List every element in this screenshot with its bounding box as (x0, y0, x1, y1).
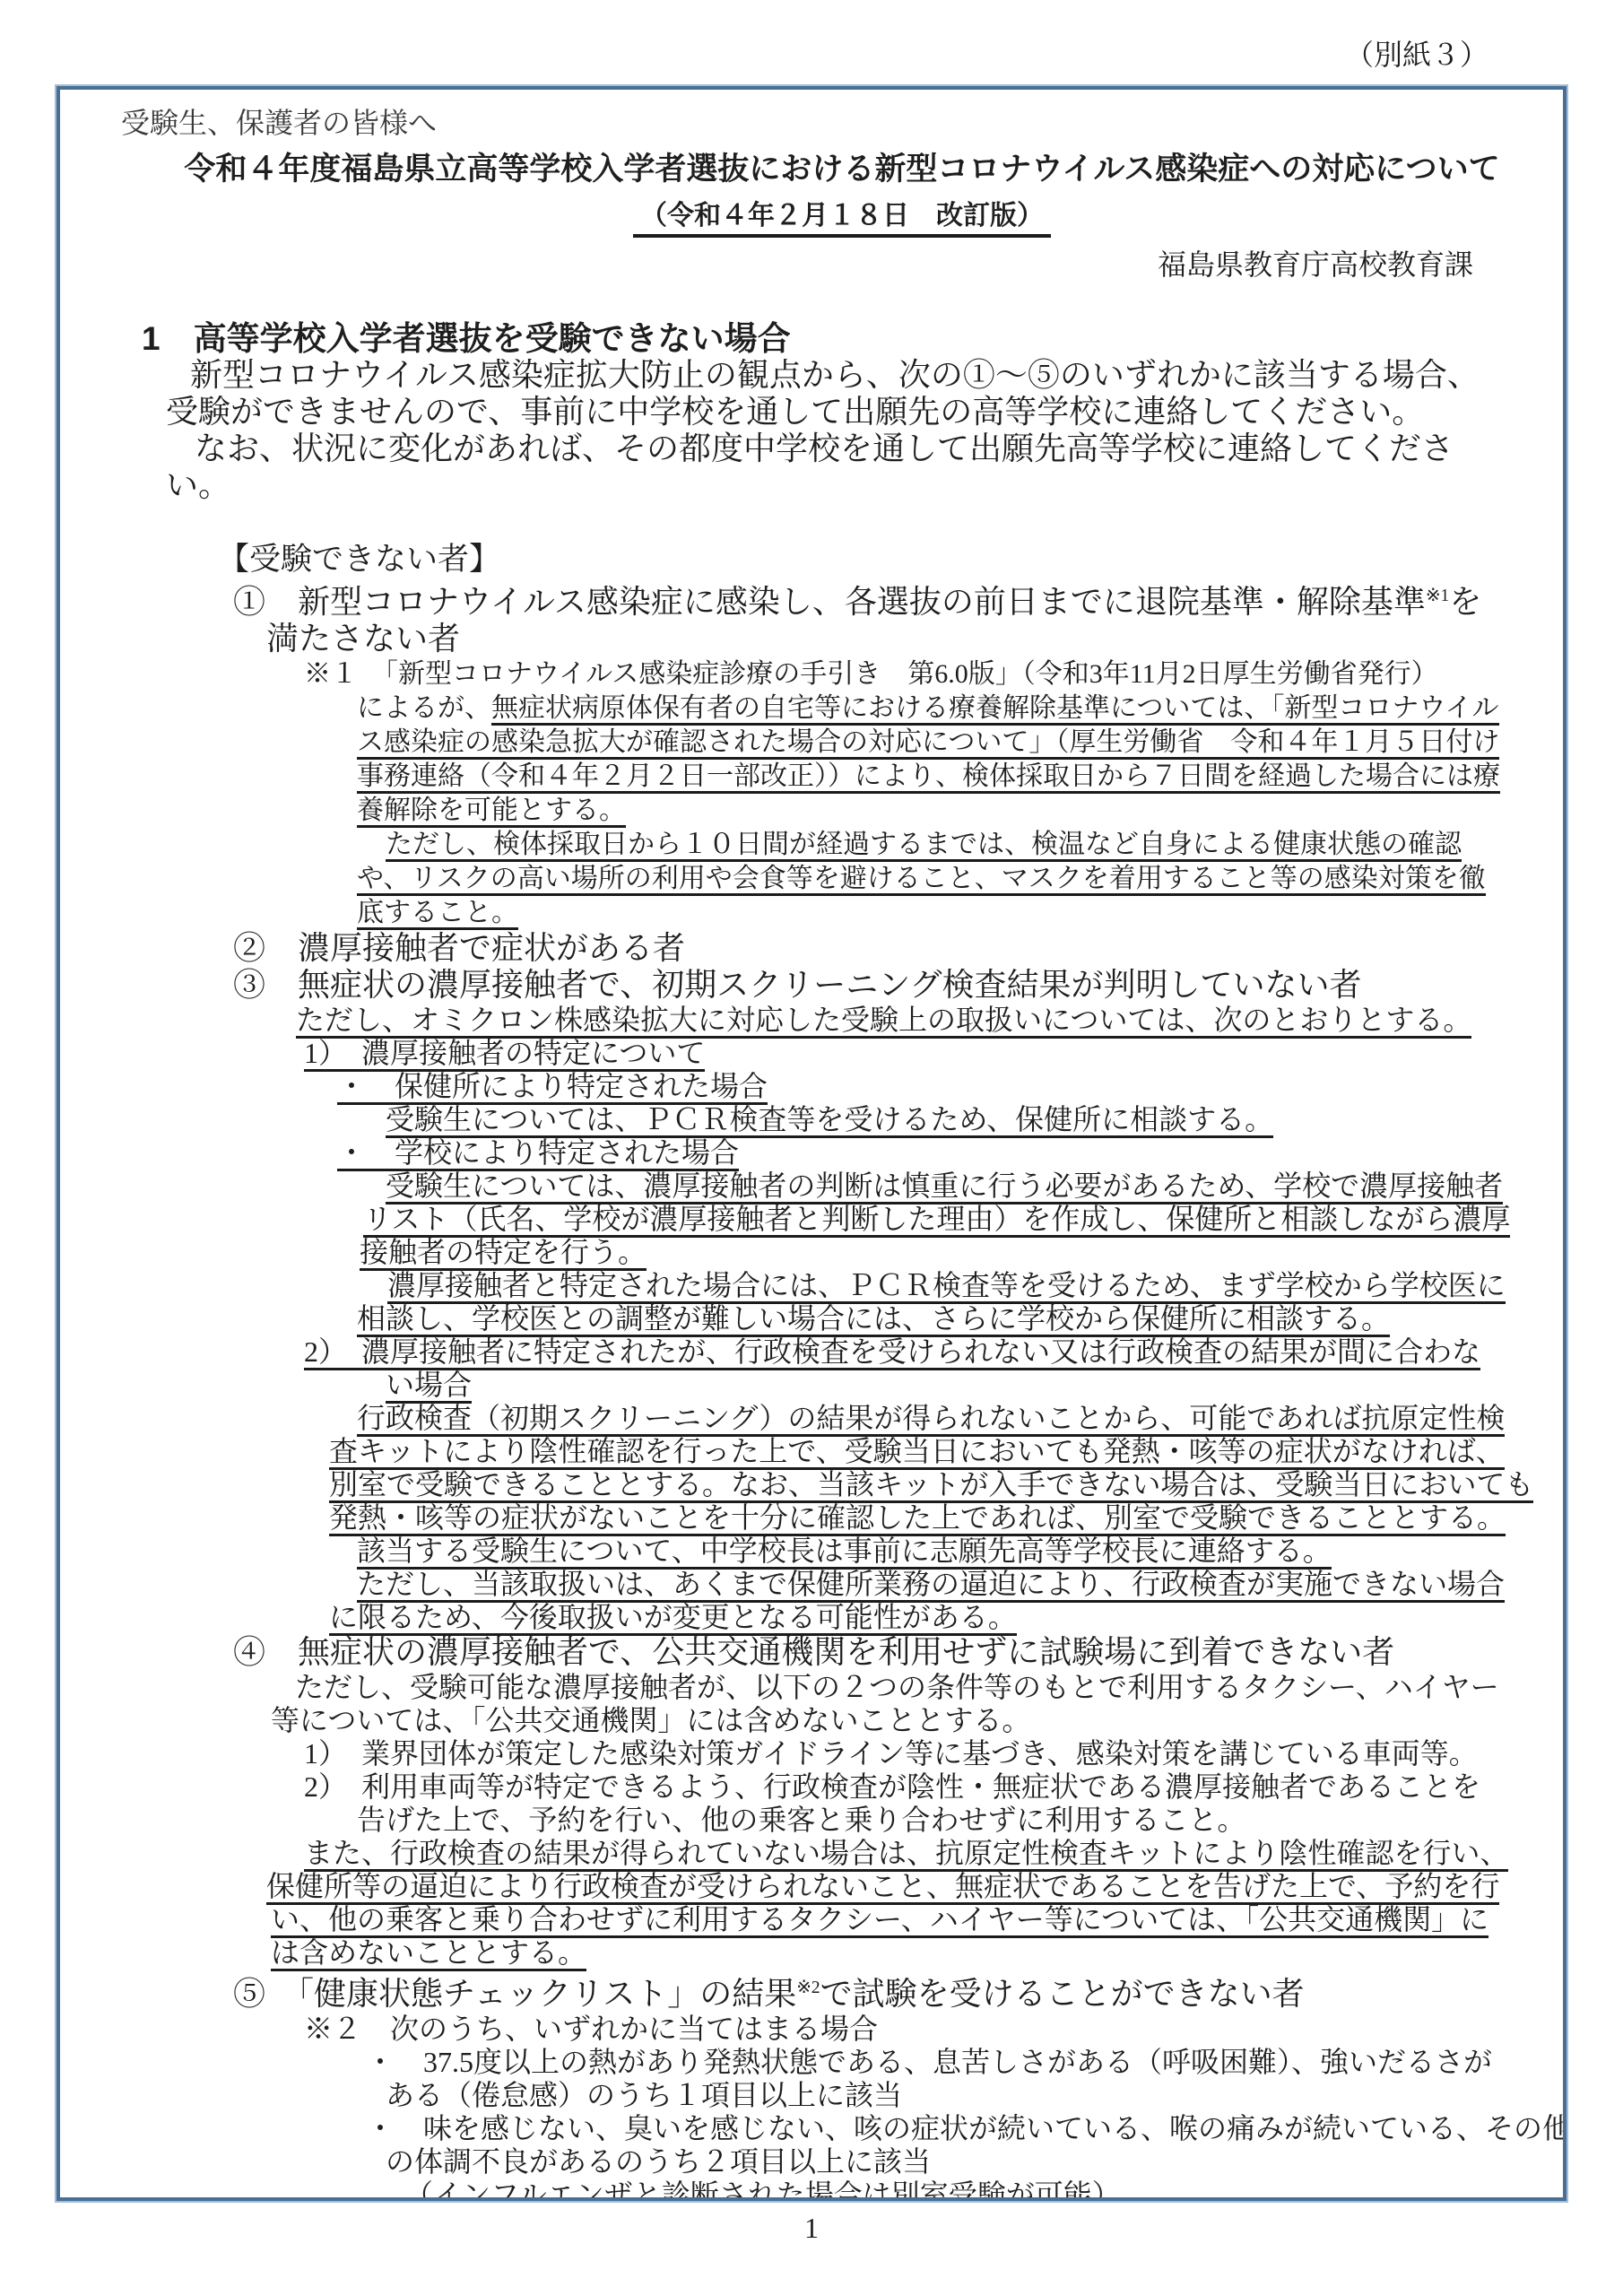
doc-line: 養解除を可能とする。 (357, 794, 1563, 828)
line-text: ⑤ 「健康状態チェックリスト」の結果 (233, 1976, 796, 2012)
doc-line: 保健所等の逼迫により行政検査が受けられないこと、無症状であることを告げた上で、予… (266, 1870, 1563, 1903)
doc-line: ・ 味を感じない、臭いを感じない、咳の症状が続いている、喉の痛みが続いている、そ… (366, 2112, 1563, 2145)
line-text: ス感染症の感染急拡大が確認された場合の対応について」（厚生労働省 令和４年１月５… (357, 727, 1499, 760)
doc-line: リスト（氏名、学校が濃厚接触者と判断した理由）を作成し、保健所と相談しながら濃厚 (363, 1203, 1563, 1236)
line-text: 無症状病原体保有者の自宅等における療養解除基準については、「新型コロナウイル (491, 693, 1499, 726)
doc-line: ただし、オミクロン株感染拡大に対応した受験上の取扱いについては、次のとおりとする… (296, 1004, 1563, 1037)
line-text: は含めないこととする。 (271, 1936, 586, 1971)
doc-line: 2） 濃厚接触者に特定されたが、行政検査を受けられない又は行政検査の結果が間に合… (304, 1335, 1563, 1369)
line-text: ③ 無症状の濃厚接触者で、初期スクリーニング検査結果が判明していない者 (233, 967, 1362, 1003)
document-body: 1 高等学校入学者選抜を受験できない場合新型コロナウイルス感染症拡大防止の観点か… (121, 320, 1563, 2201)
footnote-ref: ※2 (796, 1978, 820, 1997)
line-text: ※１ 「新型コロナウイルス感染症診療の手引き 第6.0版」（令和3年11月2日厚… (304, 659, 1438, 689)
revision-date-row: （令和４年２月１８日 改訂版） (121, 194, 1563, 243)
doc-line: ※１ 「新型コロナウイルス感染症診療の手引き 第6.0版」（令和3年11月2日厚… (304, 657, 1563, 691)
line-text: 新型コロナウイルス感染症拡大防止の観点から、次の①～⑤のいずれかに該当する場合、 (190, 357, 1480, 393)
doc-line: 1） 業界団体が策定した感染対策ガイドライン等に基づき、感染対策を講じている車両… (304, 1737, 1563, 1770)
doc-line: 【受験できない者】 (218, 541, 1563, 578)
doc-line: ① 新型コロナウイルス感染症に感染し、各選抜の前日までに退院基準・解除基準※1を (233, 578, 1563, 621)
line-text: ただし、オミクロン株感染拡大に対応した受験上の取扱いについては、次のとおりとする… (296, 1004, 1471, 1039)
line-text: 事務連絡（令和４年２月２日一部改正））により、検体採取日から７日間を経過した場合… (357, 761, 1500, 794)
line-text: 養解除を可能とする。 (357, 796, 626, 828)
doc-line: ある（倦怠感）のうち１項目以上に該当 (386, 2079, 1563, 2112)
doc-line: 2） 利用車両等が特定できるよう、行政検査が陰性・無症状である濃厚接触者であるこ… (304, 1770, 1563, 1804)
doc-line: 濃厚接触者と特定された場合には、ＰＣＲ検査等を受けるため、まず学校から学校医に (387, 1269, 1563, 1302)
line-text: ② 濃厚接触者で症状がある者 (233, 930, 685, 966)
doc-line: ※２ 次のうち、いずれかに当てはまる場合 (304, 2013, 1563, 2046)
line-text: なお、状況に変化があれば、その都度中学校を通して出願先高等学校に連絡してくださ (195, 430, 1454, 466)
doc-line: 受験生については、濃厚接触者の判断は慎重に行う必要があるため、学校で濃厚接触者 (386, 1170, 1563, 1203)
doc-line: によるが、無症状病原体保有者の自宅等における療養解除基準については、「新型コロナ… (357, 691, 1563, 726)
line-text: ・ 保健所により特定された場合 (337, 1070, 768, 1105)
line-text: 受験ができませんので、事前に中学校を通して出願先の高等学校に連絡してください。 (166, 394, 1424, 430)
line-text: 保健所等の逼迫により行政検査が受けられないこと、無症状であることを告げた上で、予… (266, 1870, 1499, 1905)
document-title: 令和４年度福島県立高等学校入学者選抜における新型コロナウイルス感染症への対応につ… (121, 145, 1563, 194)
revision-date: （令和４年２月１８日 改訂版） (633, 201, 1051, 238)
doc-line: に限るため、今後取扱いが変更となる可能性がある。 (329, 1601, 1563, 1634)
doc-line: は含めないこととする。 (271, 1936, 1563, 1970)
doc-line: の体調不良があるのうち２項目以上に該当 (386, 2145, 1563, 2179)
doc-line: 満たさない者 (266, 621, 1563, 657)
doc-line: なお、状況に変化があれば、その都度中学校を通して出願先高等学校に連絡してくださ (195, 430, 1563, 467)
line-text: 発熱・咳等の症状がないことを十分に確認した上であれば、別室で受験できることとする… (329, 1501, 1506, 1536)
line-text: 1） 業界団体が策定した感染対策ガイドライン等に基づき、感染対策を講じている車両… (304, 1737, 1478, 1770)
doc-line: ただし、検体採取日から１０日間が経過するまでは、検温など自身による健康状態の確認 (386, 828, 1563, 862)
doc-line: 受験生については、ＰＣＲ検査等を受けるため、保健所に相談する。 (386, 1103, 1563, 1136)
line-text: ・ 学校により特定された場合 (337, 1136, 739, 1171)
doc-line: （インフルエンザと診断された場合は別室受験が可能） (404, 2179, 1563, 2201)
line-text: 査キットにより陰性確認を行った上で、受験当日においても発熱・咳等の症状がなければ… (329, 1435, 1505, 1470)
line-text: ・ 味を感じない、臭いを感じない、咳の症状が続いている、喉の痛みが続いている、そ… (366, 2112, 1567, 2144)
doc-line: ④ 無症状の濃厚接触者で、公共交通機関を利用せずに試験場に到着できない者 (233, 1634, 1563, 1671)
doc-line: ス感染症の感染急拡大が確認された場合の対応について」（厚生労働省 令和４年１月５… (357, 726, 1563, 760)
line-text: ① 新型コロナウイルス感染症に感染し、各選抜の前日までに退院基準・解除基準 (233, 584, 1426, 620)
line-text: い場合 (386, 1369, 472, 1404)
doc-line: ③ 無症状の濃厚接触者で、初期スクリーニング検査結果が判明していない者 (233, 967, 1563, 1004)
line-text: を (1449, 584, 1481, 620)
line-text: 相談し、学校医との調整が難しい場合には、さらに学校から保健所に相談する。 (357, 1302, 1390, 1337)
doc-line: 1 高等学校入学者選抜を受験できない場合 (142, 320, 1563, 357)
doc-line: ただし、受験可能な濃厚接触者が、以下の２つの条件等のもとで利用するタクシー、ハイ… (295, 1671, 1563, 1704)
line-text: ある（倦怠感）のうち１項目以上に該当 (386, 2079, 902, 2111)
doc-line: 査キットにより陰性確認を行った上で、受験当日においても発熱・咳等の症状がなければ… (329, 1435, 1563, 1468)
line-text: 【受験できない者】 (218, 542, 500, 577)
doc-line: 1） 濃厚接触者の特定について (304, 1037, 1563, 1070)
doc-line: ⑤ 「健康状態チェックリスト」の結果※2で試験を受けることができない者 (233, 1970, 1563, 2013)
doc-line: い。 (166, 467, 1563, 504)
line-text: 濃厚接触者と特定された場合には、ＰＣＲ検査等を受けるため、まず学校から学校医に (387, 1269, 1506, 1304)
line-text: ただし、検体採取日から１０日間が経過するまでは、検温など自身による健康状態の確認 (386, 830, 1462, 862)
footnote-ref: ※1 (1426, 586, 1449, 605)
doc-line: 新型コロナウイルス感染症拡大防止の観点から、次の①～⑤のいずれかに該当する場合、 (190, 357, 1563, 394)
doc-line: い場合 (386, 1369, 1563, 1402)
line-text: 接触者の特定を行う。 (360, 1236, 647, 1271)
page-number: 1 (0, 2210, 1623, 2246)
doc-line: 底すること。 (357, 896, 1563, 930)
line-text: ・ 37.5度以上の熱があり発熱状態である、息苦しさがある（呼吸困難）、強いだる… (366, 2046, 1492, 2078)
notice-box: 受験生、保護者の皆様へ 令和４年度福島県立高等学校入学者選抜における新型コロナウ… (56, 86, 1567, 2201)
doc-line: 接触者の特定を行う。 (360, 1236, 1563, 1269)
line-text: 等については、「公共交通機関」には含めないこととする。 (271, 1704, 1030, 1736)
line-text: で試験を受けることができない者 (820, 1976, 1305, 2012)
line-text: 告げた上で、予約を行い、他の乗客と乗り合わせずに利用すること。 (357, 1804, 1245, 1836)
page: （別紙３） 受験生、保護者の皆様へ 令和４年度福島県立高等学校入学者選抜における… (0, 0, 1623, 2296)
doc-line: 発熱・咳等の症状がないことを十分に確認した上であれば、別室で受験できることとする… (329, 1501, 1563, 1535)
doc-line: ・ 37.5度以上の熱があり発熱状態である、息苦しさがある（呼吸困難）、強いだる… (366, 2046, 1563, 2079)
doc-line: 告げた上で、予約を行い、他の乗客と乗り合わせずに利用すること。 (357, 1804, 1563, 1837)
line-text: ただし、当該取扱いは、あくまで保健所業務の逼迫により、行政検査が実施できない場合 (357, 1568, 1505, 1603)
line-text: 底すること。 (357, 898, 518, 930)
line-text: ※２ 次のうち、いずれかに当てはまる場合 (304, 2013, 878, 2045)
line-text: ④ 無症状の濃厚接触者で、公共交通機関を利用せずに試験場に到着できない者 (233, 1634, 1394, 1670)
line-text: によるが、 (357, 693, 491, 723)
line-text: や、リスクの高い場所の利用や会食等を避けること、マスクを着用すること等の感染対策… (357, 864, 1486, 896)
doc-line: 相談し、学校医との調整が難しい場合には、さらに学校から保健所に相談する。 (357, 1302, 1563, 1335)
doc-line: い、他の乗客と乗り合わせずに利用するタクシー、ハイヤー等については、「公共交通機… (271, 1903, 1563, 1936)
doc-line: ・ 保健所により特定された場合 (337, 1070, 1563, 1103)
line-text: 2） 利用車両等が特定できるよう、行政検査が陰性・無症状である濃厚接触者であるこ… (304, 1770, 1480, 1803)
line-text: の体調不良があるのうち２項目以上に該当 (386, 2145, 931, 2178)
line-text: 該当する受験生について、中学校長は事前に志願先高等学校長に連絡する。 (357, 1535, 1332, 1570)
line-text: リスト（氏名、学校が濃厚接触者と判断した理由）を作成し、保健所と相談しながら濃厚 (363, 1203, 1510, 1238)
line-text: 1 高等学校入学者選抜を受験できない場合 (142, 320, 791, 357)
doc-line: また、行政検査の結果が得られていない場合は、抗原定性検査キットにより陰性確認を行… (304, 1837, 1563, 1870)
doc-line: 行政検査（初期スクリーニング）の結果が得られないことから、可能であれば抗原定性検 (357, 1402, 1563, 1435)
doc-line: 等については、「公共交通機関」には含めないこととする。 (271, 1704, 1563, 1737)
greeting: 受験生、保護者の皆様へ (121, 90, 1563, 142)
line-text: ただし、受験可能な濃厚接触者が、以下の２つの条件等のもとで利用するタクシー、ハイ… (295, 1671, 1499, 1703)
line-text: 受験生については、濃厚接触者の判断は慎重に行う必要があるため、学校で濃厚接触者 (386, 1170, 1503, 1205)
line-text: 1） 濃厚接触者の特定について (304, 1037, 705, 1072)
attachment-label: （別紙３） (0, 0, 1623, 70)
issuing-department: 福島県教育庁高校教育課 (121, 245, 1563, 284)
line-text: 2） 濃厚接触者に特定されたが、行政検査を受けられない又は行政検査の結果が間に合… (304, 1335, 1480, 1370)
line-text: 満たさない者 (266, 621, 460, 657)
line-text: い。 (166, 467, 230, 503)
doc-line: 別室で受験できることとする。なお、当該キットが入手できない場合は、受験当日におい… (329, 1468, 1563, 1501)
line-text: 受験生については、ＰＣＲ検査等を受けるため、保健所に相談する。 (386, 1103, 1273, 1138)
doc-line: 事務連絡（令和４年２月２日一部改正））により、検体採取日から７日間を経過した場合… (357, 760, 1563, 794)
doc-line: ② 濃厚接触者で症状がある者 (233, 930, 1563, 967)
line-text: （インフルエンザと診断された場合は別室受験が可能） (404, 2179, 1121, 2201)
doc-line: や、リスクの高い場所の利用や会食等を避けること、マスクを着用すること等の感染対策… (357, 862, 1563, 896)
line-text: 行政検査（初期スクリーニング）の結果が得られないことから、可能であれば抗原定性検 (357, 1402, 1505, 1437)
doc-line (121, 504, 1563, 541)
line-text: また、行政検査の結果が得られていない場合は、抗原定性検査キットにより陰性確認を行… (304, 1837, 1508, 1872)
doc-line: 該当する受験生について、中学校長は事前に志願先高等学校長に連絡する。 (357, 1535, 1563, 1568)
doc-line: 受験ができませんので、事前に中学校を通して出願先の高等学校に連絡してください。 (166, 394, 1563, 430)
line-text: い、他の乗客と乗り合わせずに利用するタクシー、ハイヤー等については、「公共交通機… (271, 1903, 1488, 1938)
line-text: に限るため、今後取扱いが変更となる可能性がある。 (329, 1601, 1017, 1636)
line-text: 別室で受験できることとする。なお、当該キットが入手できない場合は、受験当日におい… (329, 1468, 1533, 1503)
doc-line: ・ 学校により特定された場合 (337, 1136, 1563, 1170)
doc-line: ただし、当該取扱いは、あくまで保健所業務の逼迫により、行政検査が実施できない場合 (357, 1568, 1563, 1601)
